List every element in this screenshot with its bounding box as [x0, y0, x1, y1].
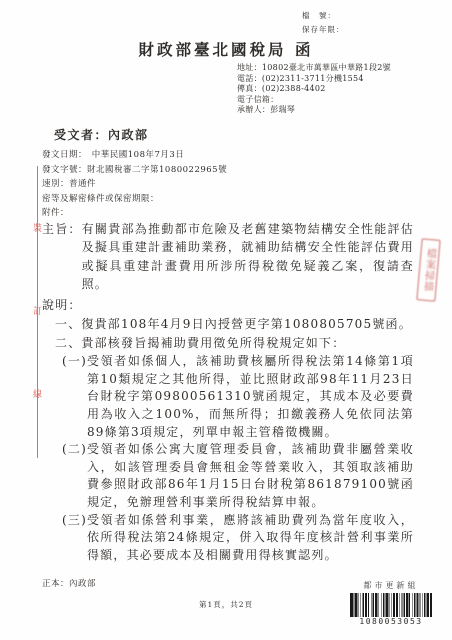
subitem-2-number: (二): [62, 441, 87, 511]
unit-stamp-text: 都市更新組: [350, 580, 432, 591]
subitem-1-number: (一): [62, 353, 87, 441]
item-2-text: 貴部核發旨揭補助費用徵免所得稅規定如下：: [81, 334, 414, 353]
item-1-number: 一、: [55, 315, 81, 334]
subitem-1-text: 受領者如係個人，該補助費核屬所得稅法第14條第1項第10類規定之其他所得，並比照…: [87, 353, 414, 441]
explanation-subitem-3: (三)受領者如係營利事業，應將該補助費列為當年度收入，依所得稅法第24條規定，併…: [42, 512, 414, 565]
barcode-number: 1080053053: [350, 617, 432, 626]
binding-mark-xian: 線: [32, 387, 43, 400]
subitem-2-text: 受領者如係公寓大廈管理委員會，該補助費非屬營業收入，如該管理委員會無租金等營業收…: [87, 441, 414, 511]
subject-text: 有關貴部為推動都市危險及老舊建築物結構安全性能評估及擬具重建計畫補助業務，就補助…: [82, 220, 414, 293]
official-letter-page: 檔 號： 保存年限： 財政部臺北國稅局 函 地址：10802臺北市萬華區中華路1…: [0, 0, 452, 640]
retention-period-label: 保存年限：: [302, 23, 345, 37]
subitem-3-text: 受領者如係營利事業，應將該補助費列為當年度收入，依所得稅法第24條規定，併入取得…: [87, 512, 414, 565]
barcode-block: 都市更新組 1080053053: [350, 580, 432, 626]
subitem-3-number: (三): [62, 512, 87, 565]
classification-line: 密等及解密條件或保密期限：: [42, 192, 227, 207]
file-number-block: 檔 號： 保存年限：: [302, 9, 345, 36]
sender-contact-person: 承辦人：彭瑞琴: [237, 105, 391, 116]
binding-mark-zhuang: 裝: [32, 221, 43, 234]
archive-stamp: 檔案掃描: [416, 238, 440, 301]
explanation-label: 說明：: [42, 296, 414, 315]
explanation-subitem-2: (二)受領者如係公寓大廈管理委員會，該補助費非屬營業收入，如該管理委員會無租金等…: [42, 441, 414, 511]
issue-date-line: 發文日期： 中華民國108年7月3日: [42, 148, 227, 163]
item-1-text: 復貴部108年4月9日內授營更字第1080805705號函。: [81, 315, 414, 334]
letter-body: 主旨：有關貴部為推動都市危險及老舊建築物結構安全性能評估及擬具重建計畫補助業務，…: [42, 220, 414, 589]
document-title: 財政部臺北國稅局 函: [0, 38, 452, 60]
explanation-item-1: 一、復貴部108年4月9日內授營更字第1080805705號函。: [42, 315, 414, 334]
subject-label: 主旨：: [42, 220, 82, 293]
file-number-label: 檔 號：: [302, 9, 345, 23]
subject-paragraph: 主旨：有關貴部為推動都市危險及老舊建築物結構安全性能評估及擬具重建計畫補助業務，…: [42, 220, 414, 293]
priority-line: 速別：普通件: [42, 177, 227, 192]
sender-fax: 傳真：(02)2388-4402: [237, 84, 391, 95]
binding-mark-ding: 訂: [32, 304, 43, 317]
explanation-item-2: 二、貴部核發旨揭補助費用徵免所得稅規定如下：: [42, 334, 414, 353]
sender-info-block: 地址：10802臺北市萬華區中華路1段2號 電話：(02)2311-3711分機…: [237, 63, 391, 116]
explanation-subitem-1: (一)受領者如係個人，該補助費核屬所得稅法第14條第1項第10類規定之其他所得，…: [42, 353, 414, 441]
barcode: [350, 593, 432, 617]
sender-email: 電子信箱：: [237, 95, 391, 106]
issue-number-line: 發文字號：財北國稅審二字第1080022965號: [42, 163, 227, 178]
sender-phone: 電話：(02)2311-3711分機1554: [237, 74, 391, 85]
recipient-line: 受文者：內政部: [54, 126, 149, 143]
item-2-number: 二、: [55, 334, 81, 353]
attachment-line: 附件：: [42, 206, 227, 221]
sender-address: 地址：10802臺北市萬華區中華路1段2號: [237, 63, 391, 74]
meta-block: 發文日期： 中華民國108年7月3日 發文字號：財北國稅審二字第10800229…: [42, 148, 227, 221]
